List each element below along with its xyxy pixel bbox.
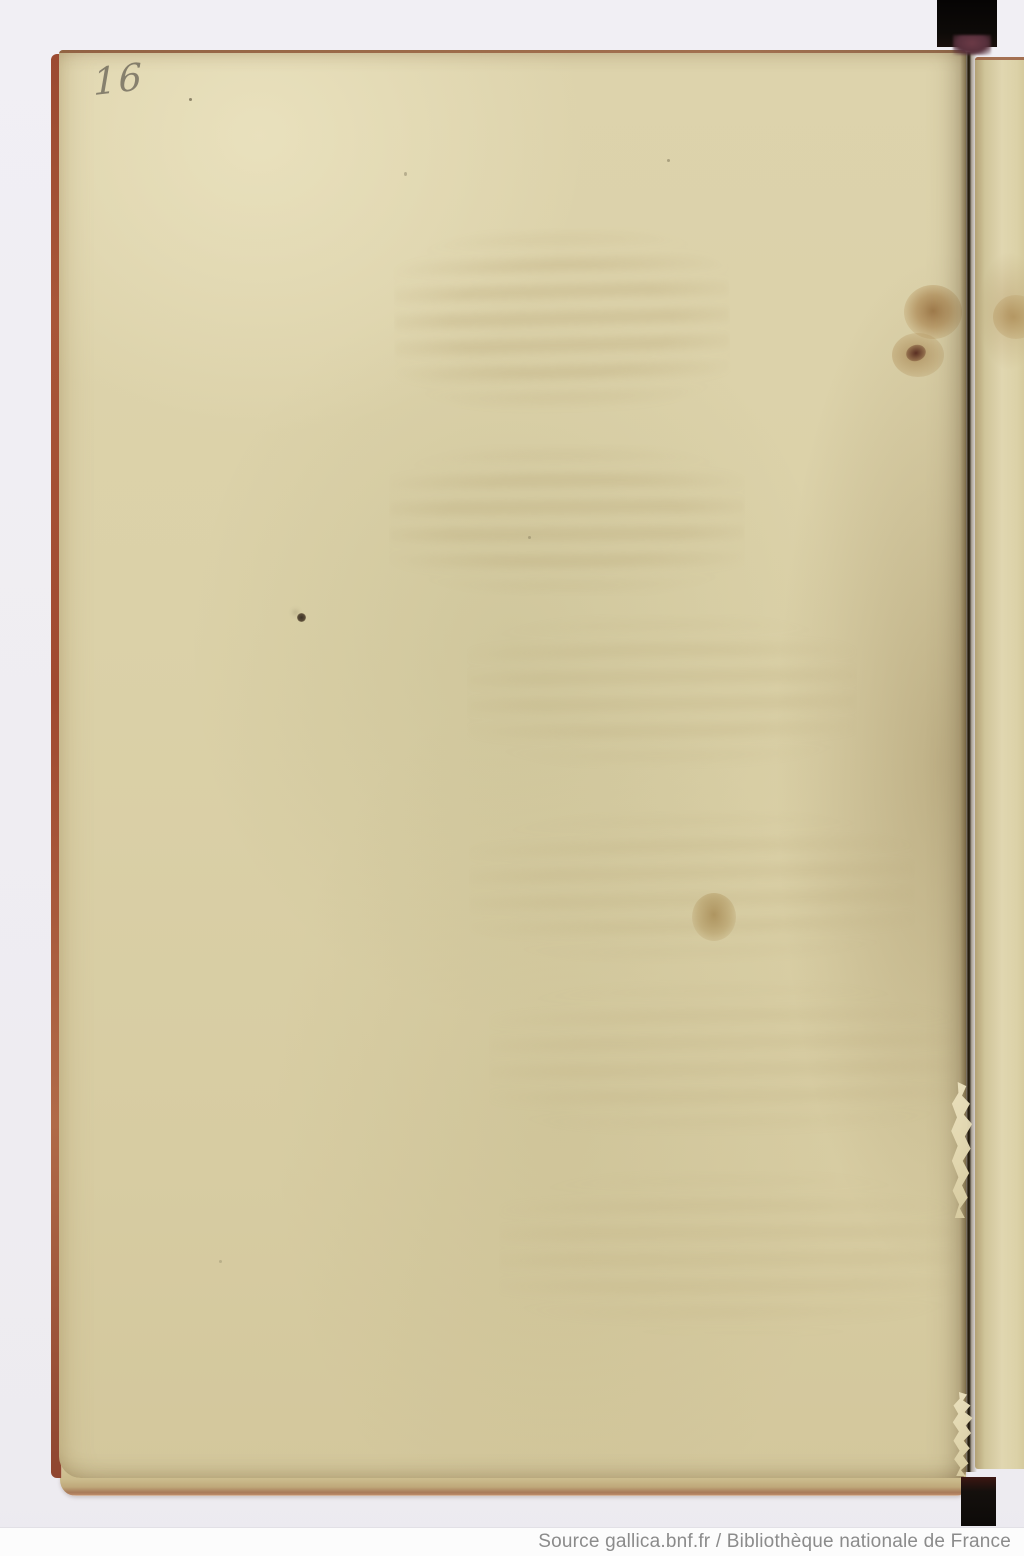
speck bbox=[219, 1260, 222, 1263]
bookmark-ribbon-bottom bbox=[961, 1477, 996, 1526]
bleedthrough-text bbox=[389, 443, 746, 597]
speck bbox=[189, 98, 192, 101]
bleedthrough-text bbox=[489, 980, 955, 1140]
speck bbox=[528, 536, 531, 539]
ink-dot bbox=[297, 613, 306, 622]
facing-page-edge bbox=[975, 57, 1024, 1469]
speck bbox=[667, 159, 670, 162]
stain bbox=[993, 295, 1024, 339]
speck bbox=[404, 172, 407, 176]
handwritten-page-number: 16 bbox=[93, 55, 144, 104]
source-attribution: Source gallica.bnf.fr / Bibliothèque nat… bbox=[538, 1528, 1011, 1556]
scan-background: 16 Source gallica.bnf.fr / Bibliothèque … bbox=[0, 0, 1024, 1556]
bookmark-ribbon-top bbox=[937, 0, 997, 47]
stain bbox=[904, 285, 962, 339]
bleedthrough-text bbox=[468, 808, 915, 965]
stain bbox=[892, 333, 944, 377]
footer-bar: Source gallica.bnf.fr / Bibliothèque nat… bbox=[0, 1528, 1024, 1556]
book-page: 16 bbox=[59, 50, 966, 1478]
bleedthrough-text bbox=[467, 614, 857, 770]
bleedthrough-text bbox=[393, 226, 731, 416]
bleedthrough-text bbox=[498, 1168, 955, 1337]
